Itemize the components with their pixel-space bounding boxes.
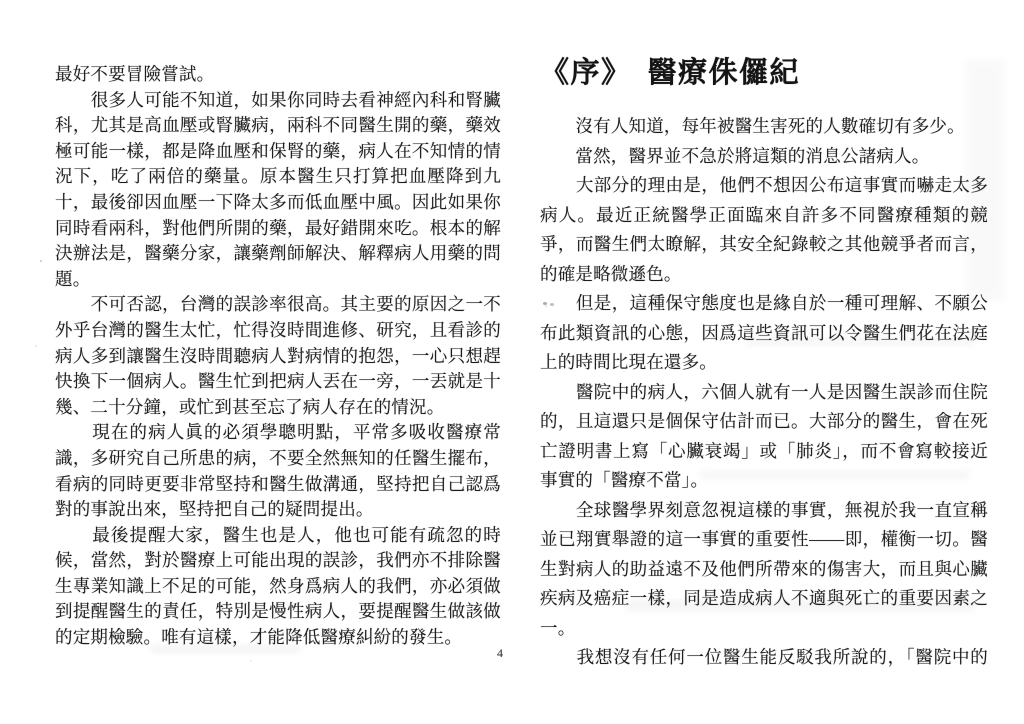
text-line: 題。 (55, 267, 501, 293)
text-line: 的，且這還只是個保守估計而已。大部分的醫生，會在死 (540, 407, 988, 437)
text-line: 爭，而醫生們太瞭解，其安全紀錄較之其他競爭者而言， (540, 230, 988, 260)
text-line: 一。 (540, 614, 988, 644)
text-line: 不可否認，台灣的誤診率很高。其主要的原因之一不 (55, 292, 501, 318)
text-line: 亡證明書上寫「心臟衰竭」或「肺炎」，而不會寫較接近 (540, 437, 988, 467)
text-line: 的定期檢驗。唯有這樣，才能降低醫療糾紛的發生。 (55, 625, 501, 651)
text-line: 同時看兩科，對他們所開的藥，最好錯開來吃。根本的解 (55, 216, 501, 242)
text-line: 最好不要冒險嘗試。 (55, 62, 501, 88)
page-number: 4 (497, 646, 503, 661)
text-line: 但是，這種保守態度也是緣自於一種可理解、不願公 (540, 289, 988, 319)
text-line: 極可能一樣，都是降血壓和保腎的藥，病人在不知情的情 (55, 139, 501, 165)
text-line: 事實的「醫療不當」。 (540, 466, 988, 496)
text-line: 候，當然，對於醫療上可能出現的誤診，我們亦不排除醫 (55, 548, 501, 574)
text-line: 最後提醒大家，醫生也是人，他也可能有疏忽的時 (55, 523, 501, 549)
text-line: 疾病及癌症一樣，同是造成病人不適與死亡的重要因素之 (540, 584, 988, 614)
text-line: 科，尤其是高血壓或腎臟病，兩科不同醫生開的藥，藥效 (55, 113, 501, 139)
text-line: 沒有人知道，每年被醫生害死的人數確切有多少。 (540, 112, 988, 142)
right-page-text: 沒有人知道，每年被醫生害死的人數確切有多少。 當然，醫界並不急於將這類的消息公諸… (540, 112, 988, 673)
text-line: 全球醫學界刻意忽視這樣的事實，無視於我一直宣稱 (540, 496, 988, 526)
text-line: 幾、二十分鐘，或忙到甚至忘了病人存在的情況。 (55, 395, 501, 421)
text-line: 看病的同時更要非常堅持和醫生做溝通，堅持把自己認爲 (55, 472, 501, 498)
text-line: 的確是略微遜色。 (540, 260, 988, 290)
text-line: 快換下一個病人。醫生忙到把病人丟在一旁，一丟就是十 (55, 369, 501, 395)
text-line: 我想沒有任何一位醫生能反駁我所說的，「醫院中的 (540, 643, 988, 673)
text-line: 醫院中的病人，六個人就有一人是因醫生誤診而住院 (540, 378, 988, 408)
text-line: 很多人可能不知道，如果你同時去看神經內科和腎臟 (55, 88, 501, 114)
chapter-title: 《序》 醫療侏儸紀 (540, 50, 800, 91)
text-line: 十，最後卻因血壓一下降太多而低血壓中風。因此如果你 (55, 190, 501, 216)
text-line: 到提醒醫生的責任，特別是慢性病人，要提醒醫生做該做 (55, 599, 501, 625)
text-line: 況下，吃了兩倍的藥量。原本醫生只打算把血壓降到九 (55, 164, 501, 190)
text-line: 布此類資訊的心態，因爲這些資訊可以令醫生們花在法庭 (540, 319, 988, 349)
text-line: 現在的病人眞的必須學聰明點，平常多吸收醫療常 (55, 420, 501, 446)
text-line: 病人多到讓醫生沒時間聽病人對病情的抱怨，一心只想趕 (55, 344, 501, 370)
text-line: 決辦法是，醫藥分家，讓藥劑師解決、解釋病人用藥的問 (55, 241, 501, 267)
text-line: 生專業知識上不足的可能，然身爲病人的我們，亦必須做 (55, 574, 501, 600)
scan-artifact-speckles (40, 260, 42, 262)
text-line: 當然，醫界並不急於將這類的消息公諸病人。 (540, 142, 988, 172)
text-line: 對的事說出來，堅持把自己的疑問提出。 (55, 497, 501, 523)
text-line: 外乎台灣的醫生太忙，忙得沒時間進修、研究，且看診的 (55, 318, 501, 344)
text-line: 上的時間比現在還多。 (540, 348, 988, 378)
text-line: 大部分的理由是，他們不想因公布這事實而嚇走太多 (540, 171, 988, 201)
left-page-text: 最好不要冒險嘗試。 很多人可能不知道，如果你同時去看神經內科和腎臟科，尤其是高血… (55, 62, 501, 651)
scanned-page-spread: 最好不要冒險嘗試。 很多人可能不知道，如果你同時去看神經內科和腎臟科，尤其是高血… (0, 0, 1024, 724)
text-line: 生對病人的助益遠不及他們所帶來的傷害大，而且與心臟 (540, 555, 988, 585)
text-line: 病人。最近正統醫學正面臨來自許多不同醫療種類的競 (540, 201, 988, 231)
text-line: 識，多研究自己所患的病，不要全然無知的任醫生擺布， (55, 446, 501, 472)
text-line: 並已翔實舉證的這一事實的重要性——即，權衡一切。醫 (540, 525, 988, 555)
